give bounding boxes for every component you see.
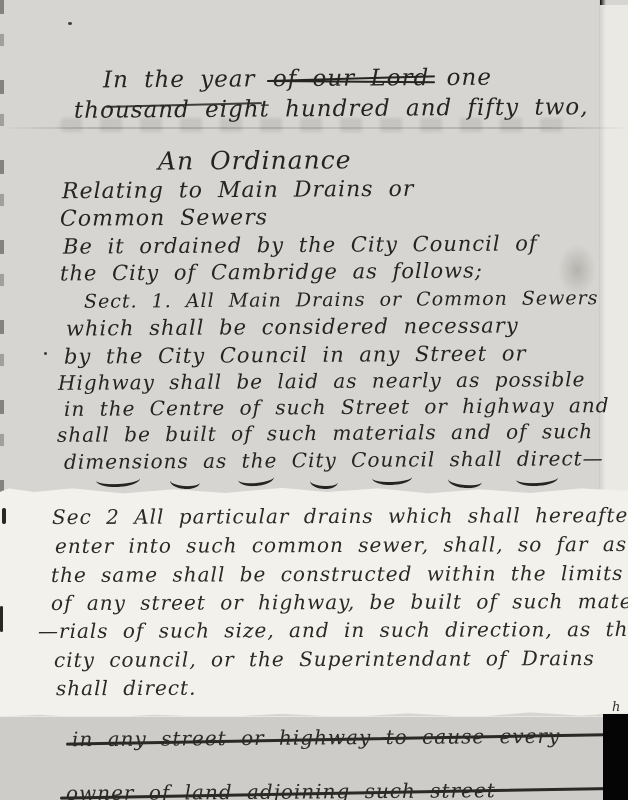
heading-year-pre: In the year: [103, 66, 256, 93]
scan-black-corner: [603, 714, 628, 800]
lower-page-fragment: in any street or highway to cause every …: [0, 716, 628, 800]
body-line: Common Sewers: [60, 205, 268, 231]
body-line: shall be built of such materials and of …: [57, 419, 593, 447]
scanned-manuscript-page: In the year of our Lord one thousand eig…: [0, 0, 628, 800]
body-line: dimensions as the City Council shall dir…: [64, 446, 604, 474]
scan-speck: [68, 22, 72, 25]
slip-line: shall direct.: [56, 676, 197, 700]
slip-edge-speck: [2, 508, 6, 524]
body-line: Be it ordained by the City Council of: [63, 231, 538, 258]
pasted-paper-slip: Sec 2 All particular drains which shall …: [0, 486, 628, 718]
struck-draft-line: in any street or highway to cause every: [72, 723, 628, 751]
body-line: Highway shall be laid as nearly as possi…: [58, 367, 586, 395]
heading-line-2: thousand eight hundred and fifty two,: [74, 94, 589, 124]
body-line: Sect. 1. All Main Drains or Common Sewer…: [84, 287, 599, 313]
obscured-text-strokes: [447, 472, 482, 490]
obscured-text-strokes: [516, 470, 559, 487]
struck-words-text: of our Lord: [273, 65, 430, 92]
slip-edge-speck: [0, 606, 3, 632]
slip-line: enter into such common sewer, shall, so …: [55, 532, 627, 558]
slip-line: —rials of such size, and in such directi…: [38, 617, 628, 643]
body-line: which shall be considered necessary: [66, 313, 519, 340]
slip-line: the same shall be constructed within the…: [51, 561, 623, 587]
body-line: by the City Council in any Street or: [64, 341, 527, 368]
body-line: Relating to Main Drains or: [62, 177, 414, 204]
body-line: the City of Cambridge as follows;: [60, 259, 483, 286]
slip-line: Sec 2 All particular drains which shall …: [52, 503, 628, 529]
heading-year-post: one: [447, 65, 492, 91]
obscured-text-strokes: [372, 469, 412, 485]
struck-words-of-our-lord: of our Lord: [271, 65, 432, 92]
struck-draft-line: owner of land adjoining such street: [66, 777, 628, 800]
margin-mark: h: [612, 700, 620, 715]
obscured-text-strokes: [170, 473, 201, 490]
heading-line-1: In the year of our Lord one: [103, 65, 492, 94]
ordinance-title: An Ordinance: [158, 145, 352, 175]
body-line: in the Centre of such Street or highway …: [64, 393, 610, 421]
slip-line: city council, or the Superintendant of D…: [54, 646, 595, 672]
obscured-text-strokes: [310, 473, 339, 489]
scan-speck: [44, 352, 47, 355]
slip-line: of any street or highway, be built of su…: [51, 589, 628, 615]
